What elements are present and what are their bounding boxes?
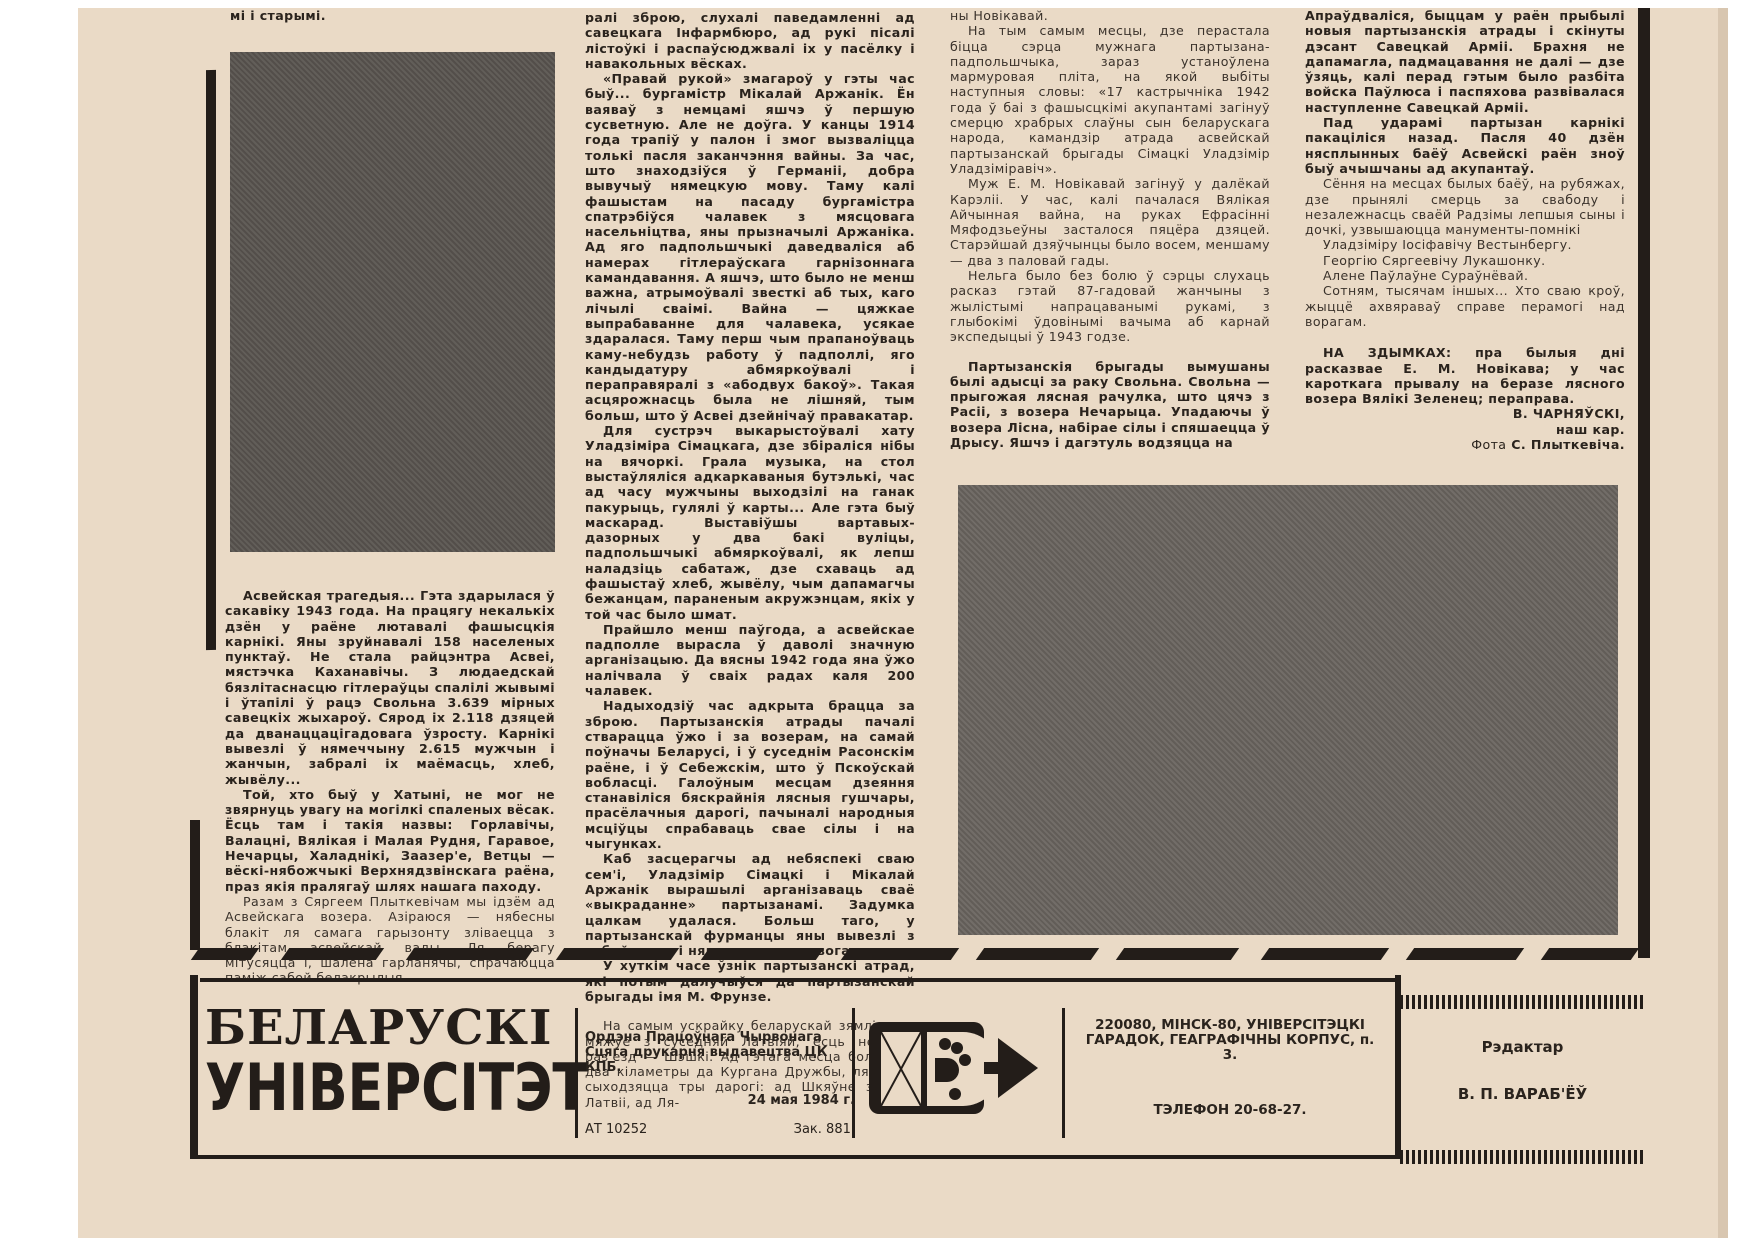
column-1: мі і старымі. <box>230 8 555 23</box>
publisher-logo-icon <box>865 1018 1045 1118</box>
col2-para-6: Каб засцерагчы ад небяспекі сваю сем'і, … <box>585 851 915 958</box>
col1-top-line: мі і старымі. <box>230 8 555 23</box>
caption-author-role: наш кар. <box>1305 422 1625 437</box>
address-text: 220080, МІНСК-80, УНІВЕРСІТЭЦКІ ГАРАДОК,… <box>1080 1018 1380 1063</box>
col3-para-4: Нельга было без болю ў сэрцы слухаць рас… <box>950 268 1270 344</box>
col2-para-2: «Правай рукой» змагароў у гэты час быў..… <box>585 71 915 423</box>
caption-label: НА ЗДЫМКАХ: <box>1323 345 1451 360</box>
dashed-separator <box>195 948 1655 962</box>
col4-memorial-2: Георгію Сяргеевічу Лукашонку. <box>1305 253 1625 268</box>
printer-info: Ордэна Працоўнага Чырвонага Сцяга друкар… <box>585 1030 855 1137</box>
caption-photo-label: Фота <box>1471 437 1506 452</box>
title-line-1: БЕЛАРУСКІ <box>205 1004 555 1052</box>
col4-memorial-1: Уладзіміру Іосіфавічу Вестынбергу. <box>1305 237 1625 252</box>
newspaper-title: БЕЛАРУСКІ УНІВЕРСІТЭТ <box>205 1004 555 1108</box>
editor-block: Рэдактар В. П. ВАРАБ'ЁЎ <box>1400 1040 1645 1102</box>
col3-para-3: Муж Е. М. Новікавай загінуў у далёкай Ка… <box>950 176 1270 268</box>
at-number: АТ 10252 <box>585 1122 647 1137</box>
col2-para-3: Для сустрэч выкарыстоўвалі хату Уладзімі… <box>585 423 915 622</box>
col1-para-2: Той, хто быў у Хатыні, не мог не звярнуц… <box>225 787 555 894</box>
masthead-divider-2 <box>852 1008 855 1138</box>
col3-para-5: Партызанскія брыгады вымушаны былі адысц… <box>950 359 1270 451</box>
col1-para-3: Разам з Сяргеем Плыткевічам мы ідзём ад … <box>225 894 555 986</box>
caption-photographer: С. Плыткевіча. <box>1511 437 1625 452</box>
printer-text: Ордэна Працоўнага Чырвонага Сцяга друкар… <box>585 1030 855 1075</box>
column-4: Апраўдваліся, быццам у раён прыбылі новы… <box>1305 8 1625 452</box>
col4-para-2: Пад ударамі партызан карнікі пакаціліся … <box>1305 115 1625 176</box>
photo-caption: НА ЗДЫМКАХ: пра былыя дні расказвае Е. М… <box>1305 345 1625 452</box>
right-border-bar <box>1638 8 1650 958</box>
issue-date: 24 мая 1984 г. <box>585 1093 855 1108</box>
col2-para-5: Надыходзіў час адкрыта брацца за зброю. … <box>585 698 915 851</box>
masthead-divider-1 <box>575 1008 578 1138</box>
col2-para-4: Прайшло менш паўгода, а асвейскае падпол… <box>585 622 915 698</box>
phone-text: ТЭЛЕФОН 20-68-27. <box>1080 1103 1380 1118</box>
col4-para-closing: Сотням, тысячам іншых... Хто сваю кроў, … <box>1305 283 1625 329</box>
col2-para-1: ралі зброю, слухалі паведамленні ад саве… <box>585 10 915 71</box>
col1-para-1: Асвейская трагедыя... Гэта здарылася ў с… <box>225 588 555 787</box>
col4-para-1: Апраўдваліся, быццам у раён прыбылі новы… <box>1305 8 1625 115</box>
masthead-left-bar <box>190 975 198 1159</box>
col3-para-1: ны Новікавай. <box>950 8 1270 23</box>
caption-author: В. ЧАРНЯЎСКІ, <box>1305 406 1625 421</box>
column-2: ралі зброю, слухалі паведамленні ад саве… <box>585 10 915 1110</box>
column-3: ны Новікавай. На тым самым месцы, дзе пе… <box>950 8 1270 450</box>
left-border-bar <box>206 70 216 650</box>
editor-label: Рэдактар <box>1400 1040 1645 1055</box>
left-border-bar-lower <box>190 820 200 950</box>
col3-para-2: На тым самым месцы, дзе перастала біцца … <box>950 23 1270 176</box>
masthead-top-rule <box>200 978 1400 982</box>
col4-memorial-3: Алене Паўлаўне Сураўнёвай. <box>1305 268 1625 283</box>
title-line-2: УНІВЕРСІТЭТ <box>205 1056 555 1121</box>
masthead-divider-3 <box>1062 1008 1065 1138</box>
masthead-bottom-rule <box>190 1155 1400 1159</box>
ornament-rule-bottom <box>1400 1150 1645 1164</box>
column-1-body: Асвейская трагедыя... Гэта здарылася ў с… <box>225 588 555 986</box>
address-info: 220080, МІНСК-80, УНІВЕРСІТЭЦКІ ГАРАДОК,… <box>1080 1018 1380 1118</box>
river-crossing-photo <box>958 485 1618 935</box>
ornament-rule-top <box>1400 995 1645 1009</box>
order-number: Зак. 881. <box>794 1122 855 1137</box>
col4-para-3: Сёння на месцах былых баёў, на рубяжах, … <box>1305 176 1625 237</box>
editor-name: В. П. ВАРАБ'ЁЎ <box>1400 1087 1645 1102</box>
page-edge <box>1718 8 1728 1238</box>
portrait-photo <box>230 52 555 552</box>
